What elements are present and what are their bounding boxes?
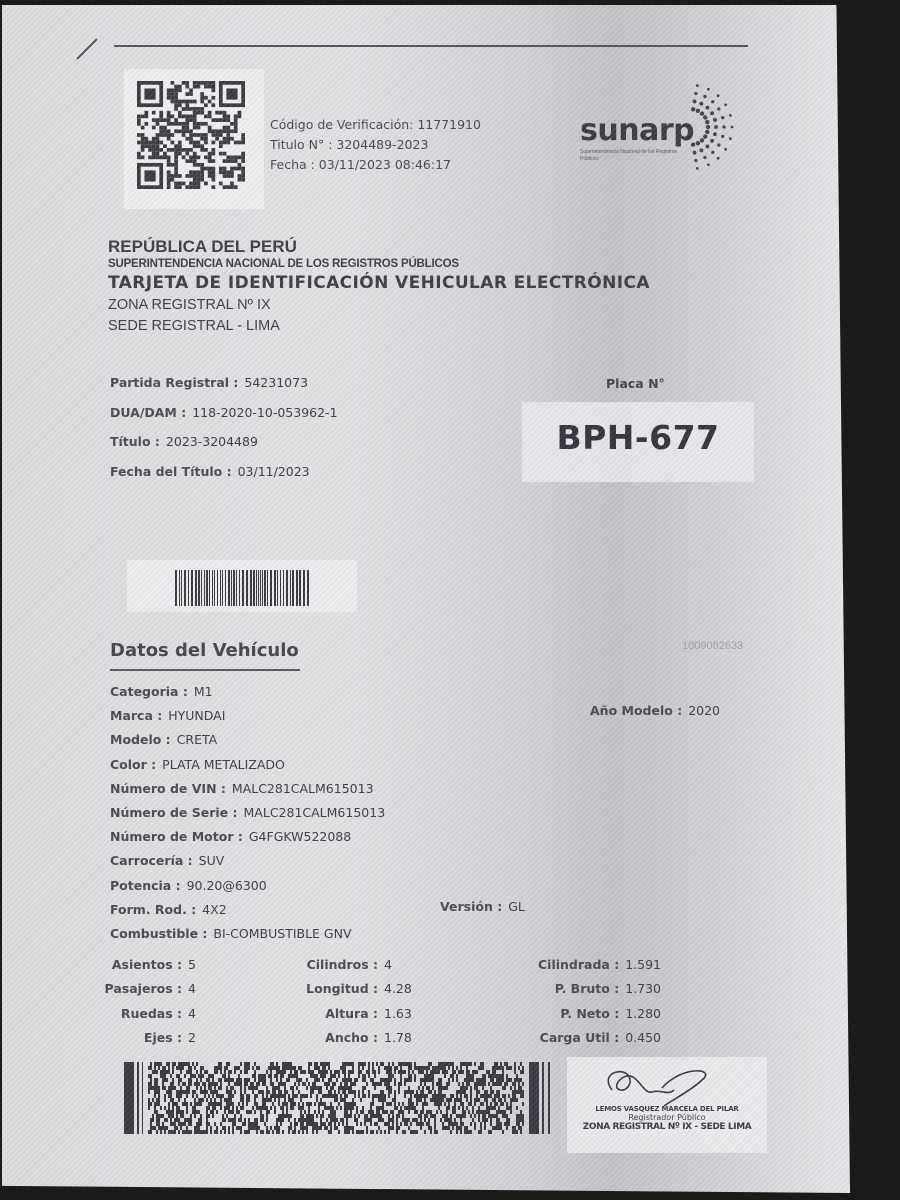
field-value: 0.450	[625, 1030, 661, 1045]
field-value: M1	[194, 684, 213, 699]
field-value: 4	[188, 1006, 218, 1021]
signature-block: LEMOS VASQUEZ MARCELA DEL PILAR Registra…	[568, 1105, 766, 1133]
signature-icon	[592, 1060, 722, 1108]
field-row: Ruedas :4	[102, 1005, 218, 1029]
field-value: 4X2	[202, 902, 226, 917]
field-value: MALC281CALM615013	[244, 805, 386, 820]
field-label: Altura :	[325, 1006, 378, 1021]
document-title: TARJETA DE IDENTIFICACIÓN VEHICULAR ELEC…	[108, 271, 650, 295]
document-paper: Código de Verificación: 11771910 Titulo …	[2, 5, 850, 1193]
field-row: Marca :HYUNDAI	[110, 707, 385, 731]
field-row: Combustible :BI-COMBUSTIBLE GNV	[110, 925, 385, 949]
field-value: 5	[188, 957, 218, 972]
field-value: HYUNDAI	[168, 708, 225, 723]
registry-row: Partida Registral :54231073	[110, 375, 338, 405]
field-label: Combustible :	[110, 926, 207, 941]
field-row: Color :PLATA METALIZADO	[110, 756, 385, 780]
version: Versión :GL	[440, 898, 525, 916]
registry-row: Título :2023-3204489	[110, 434, 338, 464]
vehicle-data-title: Datos del Vehículo	[110, 640, 299, 661]
registry-row: DUA/DAM :118-2020-10-053962-1	[110, 405, 338, 435]
field-row: Potencia :90.20@6300	[110, 877, 385, 901]
field-label: Marca :	[110, 708, 162, 723]
field-value: 1.730	[625, 981, 661, 996]
registrar-role: Registrador Público	[568, 1113, 766, 1122]
barcode-icon	[175, 570, 313, 606]
field-row: Número de Motor :G4FGKW522088	[110, 828, 385, 852]
issue-date: Fecha : 03/11/2023 08:46:17	[270, 155, 481, 175]
field-label: Carga Util :	[540, 1030, 620, 1045]
field-label: Cilindrada :	[538, 957, 619, 972]
field-value: 1.63	[384, 1006, 414, 1021]
field-label: P. Neto :	[560, 1006, 619, 1021]
field-value: G4FGKW522088	[249, 829, 351, 844]
field-value: 4	[188, 981, 218, 996]
field-row: Ancho :1.78	[262, 1029, 414, 1053]
field-value: 90.20@6300	[187, 878, 267, 893]
field-value: 1.280	[625, 1006, 661, 1021]
field-label: P. Bruto :	[555, 981, 619, 996]
logo-subtitle: Superintendencia Nacional de los Registr…	[580, 149, 690, 163]
logo-wordmark: sunarp	[580, 113, 694, 148]
field-label: Ruedas :	[121, 1006, 182, 1021]
document-number: 1009082633	[682, 640, 743, 652]
field-row: Categoria :M1	[110, 683, 385, 707]
document-heading: REPÚBLICA DEL PERÚ SUPERINTENDENCIA NACI…	[108, 237, 650, 337]
model-year: Año Modelo :2020	[590, 702, 720, 720]
field-label: Número de Serie :	[110, 805, 238, 820]
field-label: Cilindros :	[307, 957, 378, 972]
field-value: BI-COMBUSTIBLE GNV	[213, 926, 351, 941]
field-value: 4.28	[384, 981, 414, 996]
field-value: 4	[384, 957, 414, 972]
field-row: Cilindros :4	[262, 956, 414, 980]
field-label: Asientos :	[112, 957, 182, 972]
field-label: Color :	[110, 757, 156, 772]
specs-column-1: Asientos :5Pasajeros :4Ruedas :4Ejes :2	[102, 956, 218, 1053]
field-row: Asientos :5	[102, 956, 218, 980]
field-value: CRETA	[177, 732, 218, 747]
field-row: Número de VIN :MALC281CALM615013	[110, 780, 385, 804]
field-label: Potencia :	[110, 878, 181, 893]
title-number: Titulo N° : 3204489-2023	[270, 135, 481, 155]
field-label: Form. Rod. :	[110, 902, 196, 917]
field-value: MALC281CALM615013	[232, 781, 374, 796]
registry-row: Fecha del Título :03/11/2023	[110, 464, 338, 494]
field-label: Ejes :	[144, 1030, 182, 1045]
field-row: P. Bruto :1.730	[502, 980, 661, 1004]
field-label: Número de Motor :	[110, 829, 243, 844]
field-row: Pasajeros :4	[102, 980, 218, 1004]
field-label: Categoria :	[110, 684, 188, 699]
field-row: Form. Rod. :4X2	[110, 901, 385, 925]
field-label: Carrocería :	[110, 853, 193, 868]
field-row: Carga Util :0.450	[502, 1029, 661, 1053]
field-value: SUV	[199, 853, 225, 868]
registry-zone: ZONA REGISTRAL Nº IX	[108, 295, 650, 316]
qr-code-icon	[137, 81, 245, 189]
sunarp-sun-dots-icon	[680, 75, 770, 175]
vehicle-fields: Categoria :M1Marca :HYUNDAIModelo :CRETA…	[110, 683, 385, 949]
field-label: Número de VIN :	[110, 781, 226, 796]
specs-column-2: Cilindros :4Longitud :4.28Altura :1.63An…	[262, 956, 414, 1053]
pdf417-barcode-icon	[124, 1062, 552, 1134]
top-rule	[114, 45, 748, 47]
field-value: 1.591	[625, 957, 661, 972]
plate-label: Placa N°	[606, 376, 665, 391]
registry-info: Partida Registral :54231073 DUA/DAM :118…	[110, 375, 338, 493]
field-label: Modelo :	[110, 732, 171, 747]
registrar-zone: ZONA REGISTRAL Nº IX - SEDE LIMA	[568, 1122, 766, 1133]
field-row: Longitud :4.28	[262, 980, 414, 1004]
field-label: Pasajeros :	[105, 981, 182, 996]
specs-column-3: Cilindrada :1.591P. Bruto :1.730P. Neto …	[502, 956, 661, 1053]
field-label: Longitud :	[306, 981, 378, 996]
field-value: PLATA METALIZADO	[162, 757, 285, 772]
field-row: Modelo :CRETA	[110, 731, 385, 755]
registrar-name: LEMOS VASQUEZ MARCELA DEL PILAR	[568, 1105, 766, 1113]
vehicle-data-rule	[110, 669, 300, 671]
plate-number: BPH-677	[522, 418, 754, 457]
republic-title: REPÚBLICA DEL PERÚ	[108, 237, 650, 257]
sunarp-logo: sunarp Superintendencia Nacional de los …	[580, 75, 770, 175]
registry-office: SEDE REGISTRAL - LIMA	[108, 316, 650, 337]
field-row: Ejes :2	[102, 1029, 218, 1053]
field-value: 1.78	[384, 1030, 414, 1045]
pen-mark	[76, 38, 97, 59]
field-label: Ancho :	[325, 1030, 378, 1045]
field-row: Altura :1.63	[262, 1005, 414, 1029]
field-row: Número de Serie :MALC281CALM615013	[110, 804, 385, 828]
agency-name: SUPERINTENDENCIA NACIONAL DE LOS REGISTR…	[108, 257, 650, 271]
field-row: P. Neto :1.280	[502, 1005, 661, 1029]
verification-block: Código de Verificación: 11771910 Titulo …	[270, 115, 481, 175]
field-value: 2	[188, 1030, 218, 1045]
verification-code: Código de Verificación: 11771910	[270, 115, 481, 135]
field-row: Cilindrada :1.591	[502, 956, 661, 980]
field-row: Carrocería :SUV	[110, 852, 385, 876]
